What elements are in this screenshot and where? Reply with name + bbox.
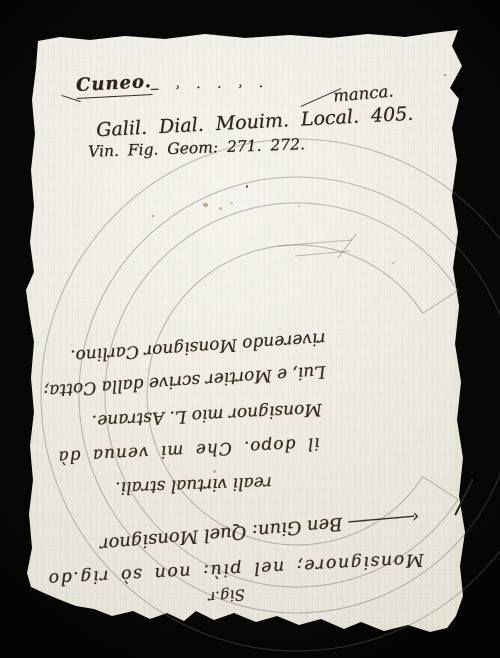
letter-line: riverendo Monsignor Carlino. <box>70 328 326 366</box>
handwriting-layer: Cuneo. ‒ ˒ · · ˒ · manca. Galil. Dial. M… <box>0 0 500 658</box>
heading-word: Cuneo. <box>75 71 152 99</box>
letter-line: Lui, e Mortier scrive dalla Cotta; <box>43 361 326 401</box>
margin-note-manca: manca. <box>332 81 394 105</box>
dot-leader: ‒ ˒ · · ˒ · <box>150 79 269 97</box>
letter-line: reali virtual strali. <box>115 472 272 497</box>
letter-line: Monsignore; nel più: non sò rig.do <box>47 549 425 589</box>
letter-line-text: Ben Giun: Quel Monsignor <box>99 513 343 555</box>
arrow-flourish: ‹―――― <box>350 506 421 533</box>
letter-line: ‹――――Ben Giun: Quel Monsignor <box>99 506 420 555</box>
photo-canvas: Cuneo. ‒ ˒ · · ˒ · manca. Galil. Dial. M… <box>0 0 500 658</box>
rotated-letter-block: Sig.r Monsignore; nel più: non sò rig.do… <box>30 315 430 605</box>
letter-line: il dopo. Che mi venua dà <box>57 433 320 467</box>
letter-salutation: Sig.r <box>208 585 246 606</box>
letter-line: Monsignor mio L. Astrane. <box>91 399 322 431</box>
reference-line-1: Galil. Dial. Mouim. Local. 405. <box>96 103 414 142</box>
